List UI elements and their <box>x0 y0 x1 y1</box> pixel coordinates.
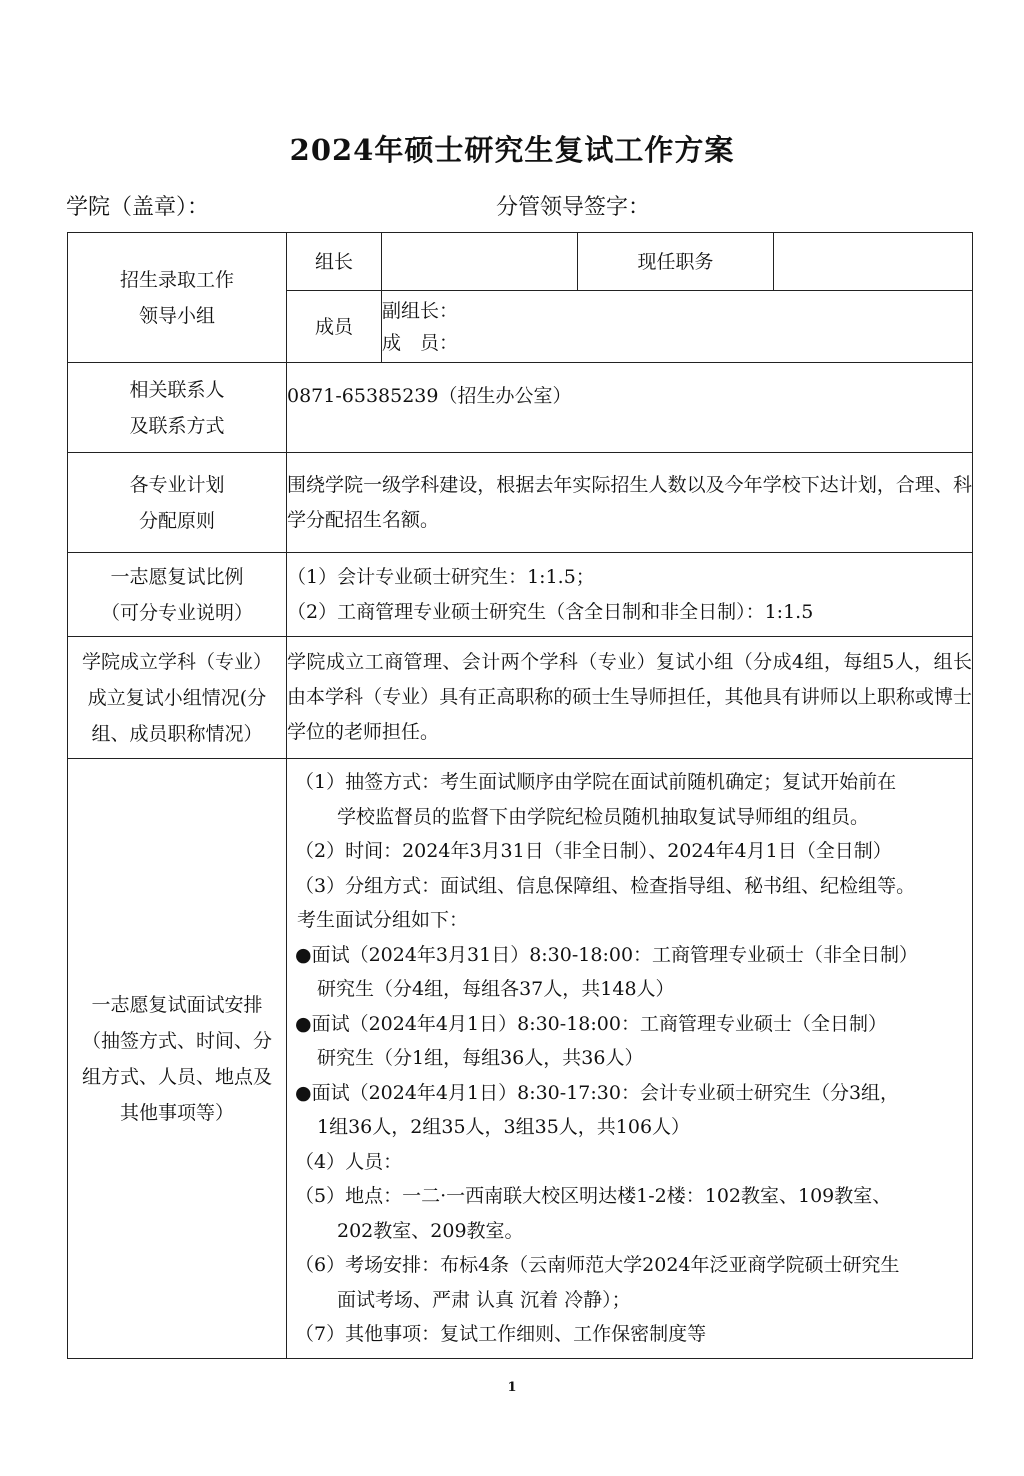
contact-label: 相关联系人 及联系方式 <box>68 363 287 453</box>
text-line: （6）考场安排：布标4条（云南师范大学2024年泛亚商学院硕士研究生 <box>295 1248 964 1283</box>
quota-principle-label: 各专业计划 分配原则 <box>68 453 287 553</box>
ratio-item: （2）工商管理专业硕士研究生（含全日制和非全日制）：1:1.5 <box>287 595 972 630</box>
leader-value[interactable] <box>382 233 578 291</box>
vice-leader-label: 副组长： <box>382 295 972 327</box>
arrangement-item-5: （5）地点：一二·一西南联大校区明达楼1-2楼：102教室、109教室、 202… <box>295 1179 964 1248</box>
label-line: 一志愿复试面试安排 <box>68 987 286 1023</box>
text-line: ●面试（2024年4月1日）8:30-17:30：会计专业硕士研究生（分3组， <box>295 1076 964 1111</box>
text-line: ●面试（2024年4月1日）8:30-18:00：工商管理专业硕士（全日制） <box>295 1007 964 1042</box>
arrangement-item-2: （2）时间：2024年3月31日（非全日制）、2024年4月1日（全日制） <box>295 834 964 869</box>
grouping-intro: 考生面试分组如下： <box>295 903 964 938</box>
plan-table: 招生录取工作 领导小组 组长 现任职务 成员 副组长： 成 员： 相关联系人 及… <box>67 232 973 1359</box>
label-line: 各专业计划 <box>68 467 286 503</box>
ratio-label: 一志愿复试比例 （可分专业说明） <box>68 553 287 637</box>
label-line: 一志愿复试比例 <box>68 559 286 595</box>
label-line: （抽签方式、时间、分 <box>68 1023 286 1059</box>
groups-value: 学院成立工商管理、会计两个学科（专业）复试小组（分成4组，每组5人，组长由本学科… <box>287 637 973 759</box>
interview-bullet-2: ●面试（2024年4月1日）8:30-18:00：工商管理专业硕士（全日制） 研… <box>295 1007 964 1076</box>
table-row-leadership-leader: 招生录取工作 领导小组 组长 现任职务 <box>68 233 973 291</box>
interview-bullet-3: ●面试（2024年4月1日）8:30-17:30：会计专业硕士研究生（分3组， … <box>295 1076 964 1145</box>
table-row-quota-principle: 各专业计划 分配原则 围绕学院一级学科建设，根据去年实际招生人数以及今年学校下达… <box>68 453 973 553</box>
text-line: 202教室、209教室。 <box>295 1214 964 1249</box>
label-line: 其他事项等） <box>68 1095 286 1131</box>
arrangement-item-4: （4）人员： <box>295 1145 964 1180</box>
leader-label: 组长 <box>287 233 382 291</box>
college-stamp-label: 学院（盖章）： <box>66 190 209 221</box>
label-line: 学院成立学科（专业） <box>68 644 286 680</box>
label-line: 领导小组 <box>68 298 286 334</box>
members-value: 副组长： 成 员： <box>382 291 973 363</box>
ratio-value: （1）会计专业硕士研究生：1:1.5； （2）工商管理专业硕士研究生（含全日制和… <box>287 553 973 637</box>
label-line: 及联系方式 <box>68 408 286 444</box>
text-line: （5）地点：一二·一西南联大校区明达楼1-2楼：102教室、109教室、 <box>295 1179 964 1214</box>
arrangement-item-1: （1）抽签方式：考生面试顺序由学院在面试前随机确定；复试开始前在 学校监督员的监… <box>295 765 964 834</box>
arrangement-value: （1）抽签方式：考生面试顺序由学院在面试前随机确定；复试开始前在 学校监督员的监… <box>287 759 973 1359</box>
text-line: （1）抽签方式：考生面试顺序由学院在面试前随机确定；复试开始前在 <box>295 765 964 800</box>
label-line: （可分专业说明） <box>68 595 286 631</box>
table-row-arrangement: 一志愿复试面试安排 （抽签方式、时间、分 组方式、人员、地点及 其他事项等） （… <box>68 759 973 1359</box>
label-line: 组、成员职称情况） <box>68 716 286 752</box>
arrangement-item-3: （3）分组方式：面试组、信息保障组、检查指导组、秘书组、纪检组等。 <box>295 869 964 904</box>
table-row-ratio: 一志愿复试比例 （可分专业说明） （1）会计专业硕士研究生：1:1.5； （2）… <box>68 553 973 637</box>
members-label: 成员 <box>287 291 382 363</box>
text-line: 学校监督员的监督下由学院纪检员随机抽取复试导师组的组员。 <box>295 800 964 835</box>
position-label: 现任职务 <box>578 233 774 291</box>
table-row-contact: 相关联系人 及联系方式 0871-65385239（招生办公室） <box>68 363 973 453</box>
position-value[interactable] <box>774 233 973 291</box>
text-line: 面试考场、严肃 认真 沉着 冷静）； <box>295 1283 964 1318</box>
arrangement-item-7: （7）其他事项：复试工作细则、工作保密制度等 <box>295 1317 964 1352</box>
text-line: 研究生（分1组，每组36人，共36人） <box>295 1041 964 1076</box>
table-row-groups: 学院成立学科（专业） 成立复试小组情况(分 组、成员职称情况） 学院成立工商管理… <box>68 637 973 759</box>
label-line: 招生录取工作 <box>68 262 286 298</box>
interview-bullet-1: ●面试（2024年3月31日）8:30-18:00：工商管理专业硕士（非全日制）… <box>295 938 964 1007</box>
ratio-item: （1）会计专业硕士研究生：1:1.5； <box>287 560 972 595</box>
label-line: 分配原则 <box>68 503 286 539</box>
groups-label: 学院成立学科（专业） 成立复试小组情况(分 组、成员职称情况） <box>68 637 287 759</box>
arrangement-label: 一志愿复试面试安排 （抽签方式、时间、分 组方式、人员、地点及 其他事项等） <box>68 759 287 1359</box>
contact-value: 0871-65385239（招生办公室） <box>287 363 973 453</box>
quota-principle-value: 围绕学院一级学科建设，根据去年实际招生人数以及今年学校下达计划，合理、科学分配招… <box>287 453 973 553</box>
text-line: 1组36人，2组35人，3组35人，共106人） <box>295 1110 964 1145</box>
label-line: 组方式、人员、地点及 <box>68 1059 286 1095</box>
label-line: 成立复试小组情况(分 <box>68 680 286 716</box>
members-line-label: 成 员： <box>382 327 972 359</box>
text-line: 研究生（分4组，每组各37人，共148人） <box>295 972 964 1007</box>
page-number: 1 <box>0 1380 1024 1395</box>
arrangement-item-6: （6）考场安排：布标4条（云南师范大学2024年泛亚商学院硕士研究生 面试考场、… <box>295 1248 964 1317</box>
label-line: 相关联系人 <box>68 372 286 408</box>
text-line: ●面试（2024年3月31日）8:30-18:00：工商管理专业硕士（非全日制） <box>295 938 964 973</box>
leadership-group-label: 招生录取工作 领导小组 <box>68 233 287 363</box>
leader-signature-label: 分管领导签字： <box>496 190 650 221</box>
document-title: 2024年硕士研究生复试工作方案 <box>0 128 1024 169</box>
